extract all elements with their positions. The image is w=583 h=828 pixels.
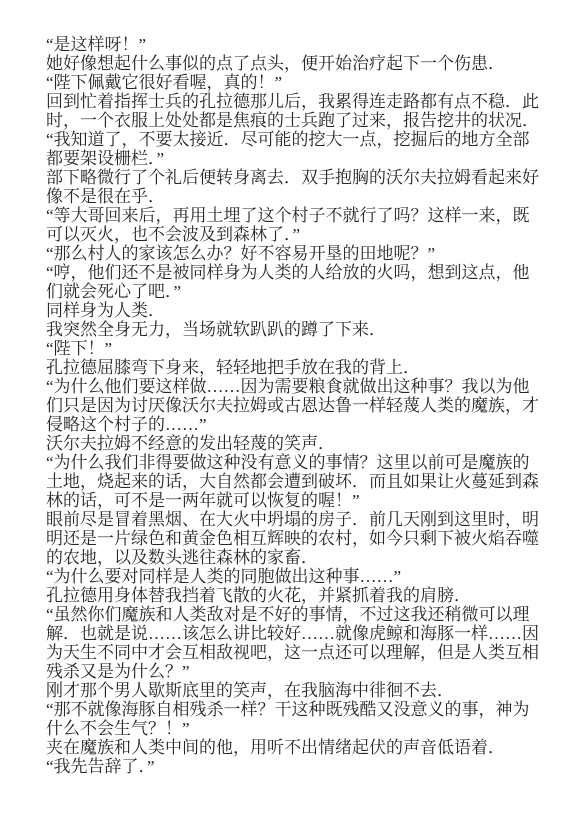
text-line: 同样身为人类． [46, 301, 548, 320]
text-line: “是这样呀！” [46, 35, 548, 54]
text-line: 的农地，以及数头逃往森林的家畜． [46, 548, 548, 567]
text-block: “是这样呀！” 她好像想起什么事似的点了点头，便开始治疗起下一个伤患． “陛下佩… [46, 35, 548, 776]
text-line: 们只是因为讨厌像沃尔夫拉姆或古恩达鲁一样轻蔑人类的魔族，才 [46, 396, 548, 415]
text-line: 时，一个衣服上处处都是焦痕的士兵跑了过来，报告挖井的状况． [46, 111, 548, 130]
text-line: 林的话，可不是一两年就可以恢复的喔！” [46, 491, 548, 510]
text-line: “我知道了，不要太接近．尽可能的挖大一点，挖掘后的地方全部 [46, 130, 548, 149]
text-line: 孔拉德屈膝弯下身来，轻轻地把手放在我的背上． [46, 358, 548, 377]
text-line: 孔拉德用身体替我挡着飞散的火花，并紧抓着我的肩膀． [46, 586, 548, 605]
text-line: “陛下佩戴它很好看喔，真的！” [46, 73, 548, 92]
text-line: 部下略微行了个礼后便转身离去．双手抱胸的沃尔夫拉姆看起来好 [46, 168, 548, 187]
text-line: 刚才那个男人歇斯底里的笑声，在我脑海中徘徊不去． [46, 681, 548, 700]
text-line: 都要架设栅栏．” [46, 149, 548, 168]
text-line: 侵略这个村子的……” [46, 415, 548, 434]
text-line: 什么不会生气？！” [46, 719, 548, 738]
text-line: “等大哥回来后，再用土埋了这个村子不就行了吗？这样一来，既 [46, 206, 548, 225]
text-line: “我先告辞了．” [46, 757, 548, 776]
text-line: 夹在魔族和人类中间的他，用听不出情绪起伏的声音低语着． [46, 738, 548, 757]
text-line: “陛下！” [46, 339, 548, 358]
text-line: “虽然你们魔族和人类敌对是不好的事情，不过这我还稍微可以理 [46, 605, 548, 624]
text-line: 沃尔夫拉姆不经意的发出轻蔑的笑声． [46, 434, 548, 453]
text-line: 可以灭火，也不会波及到森林了．” [46, 225, 548, 244]
document-page: “是这样呀！” 她好像想起什么事似的点了点头，便开始治疗起下一个伤患． “陛下佩… [0, 0, 583, 828]
text-line: “为什么要对同样是人类的同胞做出这种事……” [46, 567, 548, 586]
text-line: 解．也就是说……该怎么讲比较好……就像虎鲸和海豚一样……因 [46, 624, 548, 643]
text-line: 土地，烧起来的话，大自然都会遭到破坏．而且如果让火蔓延到森 [46, 472, 548, 491]
text-line: 眼前尽是冒着黑烟、在大火中坍塌的房子．前几天刚到这里时，明 [46, 510, 548, 529]
text-line: “为什么我们非得要做这种没有意义的事情？这里以前可是魔族的 [46, 453, 548, 472]
text-line: 回到忙着指挥士兵的孔拉德那儿后，我累得连走路都有点不稳．此 [46, 92, 548, 111]
text-line: “哼，他们还不是被同样身为人类的人给放的火吗，想到这点，他 [46, 263, 548, 282]
text-line: 明还是一片绿色和黄金色相互辉映的农村，如今只剩下被火焰吞噬 [46, 529, 548, 548]
text-line: “为什么他们要这样做……因为需要粮食就做出这种事？我以为他 [46, 377, 548, 396]
text-line: 她好像想起什么事似的点了点头，便开始治疗起下一个伤患． [46, 54, 548, 73]
text-line: 像不是很在乎． [46, 187, 548, 206]
text-line: 为天生不同中才会互相敌视吧，这一点还可以理解，但是人类互相 [46, 643, 548, 662]
text-line: 们就会死心了吧．” [46, 282, 548, 301]
text-line: “那么村人的家该怎么办？好不容易开垦的田地呢？” [46, 244, 548, 263]
text-line: “那不就像海豚自相残杀一样？干这种既残酷又没意义的事，神为 [46, 700, 548, 719]
text-line: 残杀又是为什么？” [46, 662, 548, 681]
text-line: 我突然全身无力，当场就软趴趴的蹲了下来． [46, 320, 548, 339]
